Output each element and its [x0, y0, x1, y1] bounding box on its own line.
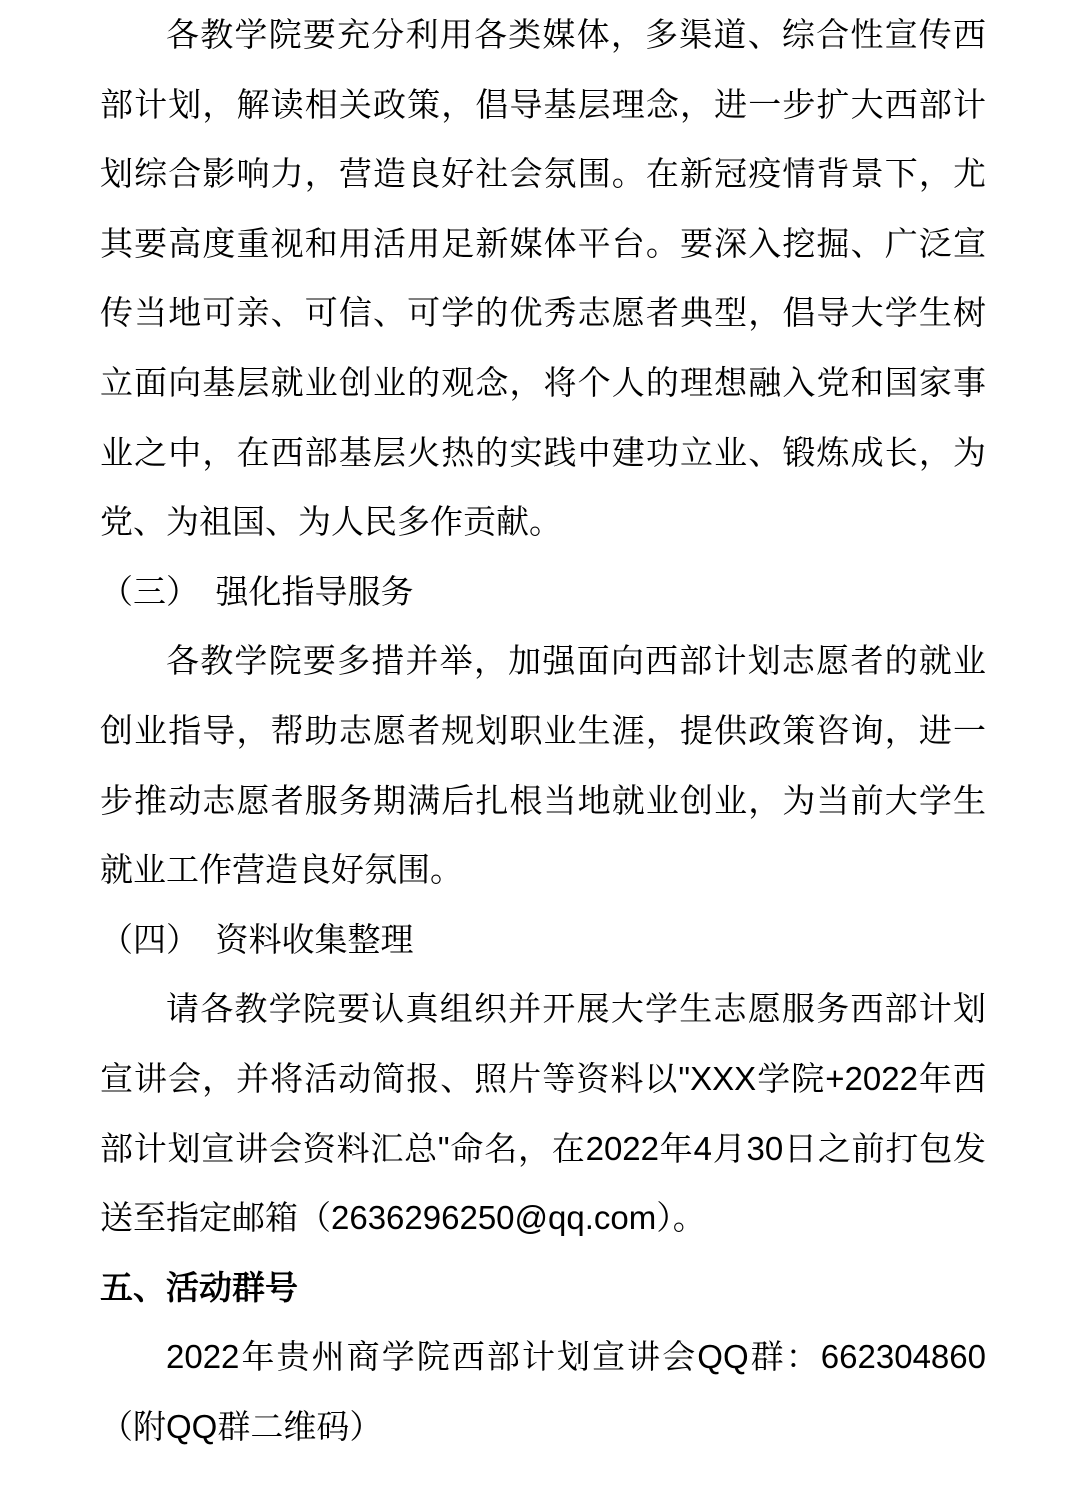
paragraph-media-publicity: 各教学院要充分利用各类媒体，多渠道、综合性宣传西部计划，解读相关政策，倡导基层理…: [100, 0, 986, 557]
section-heading-3-strengthen-guidance: （三） 强化指导服务: [100, 557, 986, 627]
paragraph-material-submission: 请各教学院要认真组织并开展大学生志愿服务西部计划宣讲会，并将活动简报、照片等资料…: [100, 974, 986, 1252]
paragraph-qq-group-info: 2022年贵州商学院西部计划宣讲会QQ群：662304860（附QQ群二维码）: [100, 1322, 986, 1461]
paragraph-employment-guidance: 各教学院要多措并举，加强面向西部计划志愿者的就业创业指导，帮助志愿者规划职业生涯…: [100, 626, 986, 904]
document-page: 各教学院要充分利用各类媒体，多渠道、综合性宣传西部计划，解读相关政策，倡导基层理…: [0, 0, 1080, 1494]
section-heading-4-material-collection: （四） 资料收集整理: [100, 905, 986, 975]
section-heading-5-activity-group-number: 五、活动群号: [100, 1253, 986, 1323]
